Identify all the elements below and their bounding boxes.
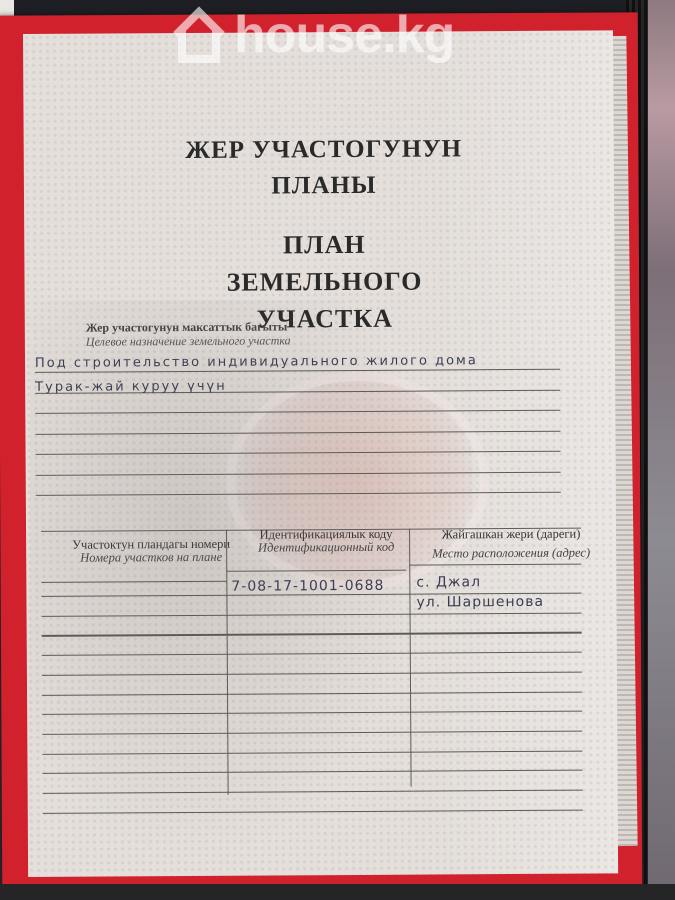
header-plan-number: Участоктун пландагы номери Номера участк…: [66, 538, 236, 565]
rule-line: [42, 612, 582, 616]
watermark-text: house.kg: [234, 5, 454, 65]
rule-line: [42, 711, 582, 715]
title-ky-line2: ПЛАНЫ: [124, 167, 524, 205]
house-icon: [170, 5, 228, 65]
background-bottom: [0, 884, 675, 900]
rule-line: [42, 691, 582, 695]
rule-line: [43, 809, 583, 813]
background-fabric: [648, 0, 675, 900]
header-id-code-ru: Идентификационный код: [258, 540, 394, 555]
rule-line: [41, 581, 226, 583]
purpose-label-ru: Целевое назначение земельного участка: [86, 333, 291, 349]
rule-line: [42, 730, 582, 734]
rule-line: [42, 632, 582, 636]
rule-line: [42, 671, 582, 675]
title-ru-line1: ПЛАН: [124, 225, 524, 264]
document-page: ЖЕР УЧАСТОГУНУН ПЛАНЫ ПЛАН ЗЕМЕЛЬНОГО УЧ…: [23, 30, 618, 877]
column-divider: [226, 530, 229, 795]
rule-line: [43, 770, 583, 774]
cell-id-code: 7-08-17-1001-0688: [231, 578, 384, 595]
rule-line: [409, 564, 581, 566]
document-title: ЖЕР УЧАСТОГУНУН ПЛАНЫ ПЛАН ЗЕМЕЛЬНОГО УЧ…: [124, 131, 525, 338]
title-ru-line2: ЗЕМЕЛЬНОГО: [124, 262, 524, 301]
title-ky-line1: ЖЕР УЧАСТОГУНУН: [124, 131, 524, 169]
header-location: Жайгашкан жери (дареги) Место расположен…: [421, 527, 601, 560]
purpose-handwritten-line1: Под строительство индивидуального жилого…: [35, 353, 478, 371]
watermark: house.kg: [170, 0, 510, 70]
rule-line: [43, 790, 583, 794]
purpose-handwritten-line2: Турак-жай куруу үчүн: [35, 379, 227, 395]
cell-location-row2: ул. Шаршенова: [416, 594, 544, 611]
rule-line: [42, 652, 582, 656]
header-id-code: Идентификациялык коду Идентификационный …: [241, 528, 411, 555]
header-plan-number-ru: Номера участков на плане: [80, 550, 222, 565]
header-location-ru: Место расположения (адрес): [421, 546, 601, 560]
cell-location-row1: с. Джал: [416, 574, 481, 590]
rule-line: [42, 750, 582, 754]
